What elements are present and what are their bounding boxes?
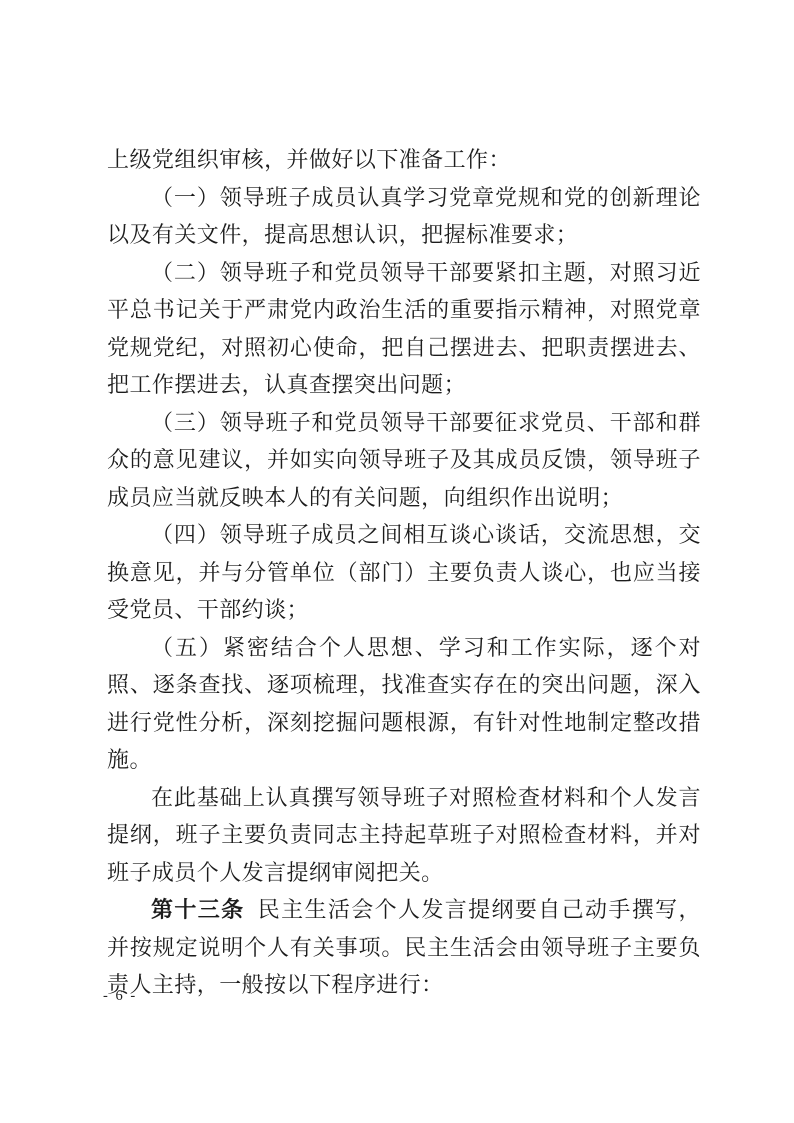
document-body: 上级党组织审核，并做好以下准备工作： （一）领导班子成员认真学习党章党规和党的创… — [107, 141, 701, 1004]
paragraph-item-2: （二）领导班子和党员领导干部要紧扣主题，对照习近平总书记关于严肃党内政治生活的重… — [107, 254, 701, 404]
paragraph-item-5: （五）紧密结合个人思想、学习和工作实际，逐个对照、逐条查找、逐项梳理，找准查实存… — [107, 629, 701, 779]
page-number: - 6 - — [103, 988, 137, 1005]
article-13-number: 第十三条 — [151, 897, 245, 922]
paragraph-item-4: （四）领导班子成员之间相互谈心谈话，交流思想，交换意见，并与分管单位（部门）主要… — [107, 516, 701, 629]
paragraph-continuation: 上级党组织审核，并做好以下准备工作： — [107, 141, 701, 179]
paragraph-item-3: （三）领导班子和党员领导干部要征求党员、干部和群众的意见建议，并如实向领导班子及… — [107, 404, 701, 517]
paragraph-item-1: （一）领导班子成员认真学习党章党规和党的创新理论以及有关文件，提高思想认识，把握… — [107, 179, 701, 254]
paragraph-article-13: 第十三条民主生活会个人发言提纲要自己动手撰写，并按规定说明个人有关事项。民主生活… — [107, 891, 701, 1004]
paragraph-summary: 在此基础上认真撰写领导班子对照检查材料和个人发言提纲，班子主要负责同志主持起草班… — [107, 779, 701, 892]
document-page: 上级党组织审核，并做好以下准备工作： （一）领导班子成员认真学习党章党规和党的创… — [0, 0, 794, 1123]
